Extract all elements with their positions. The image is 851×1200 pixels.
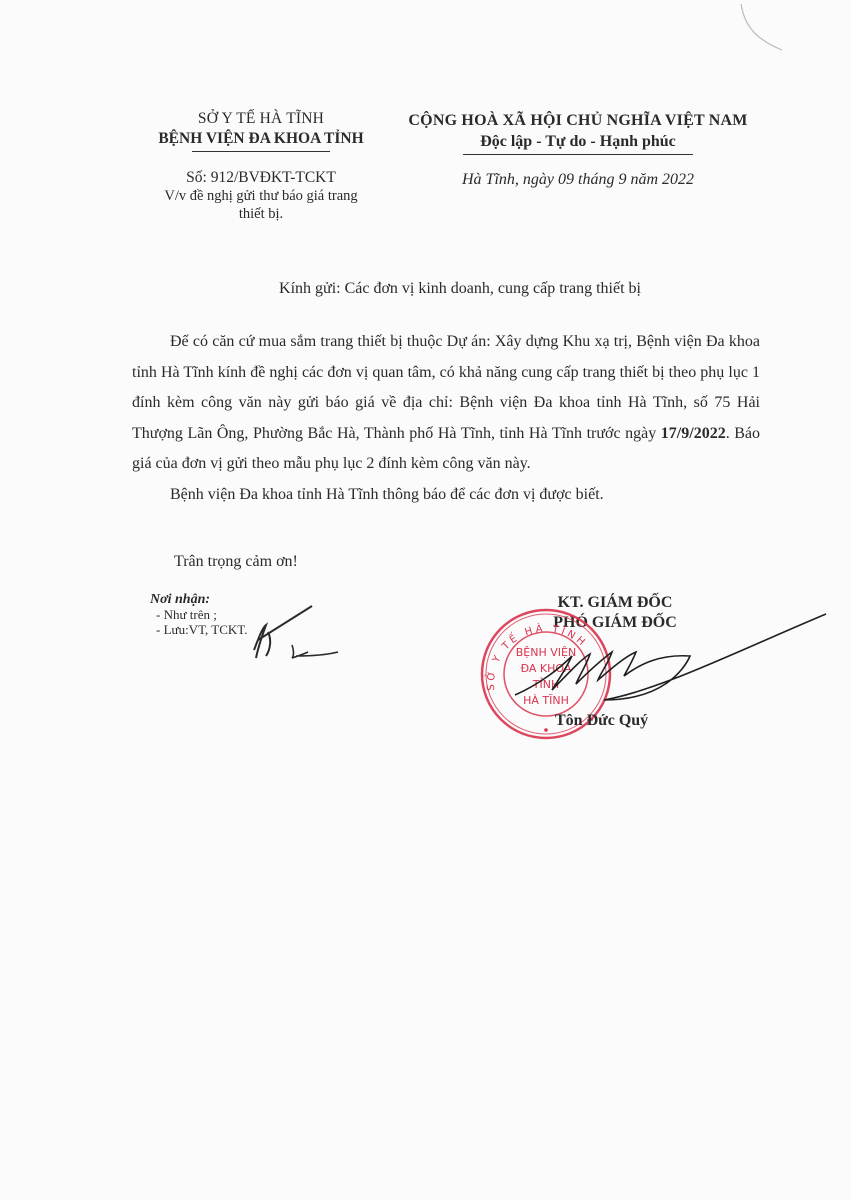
document-page: SỞ Y TẾ HÀ TĨNH BỆNH VIỆN ĐA KHOA TỈNH S… — [0, 0, 851, 1200]
signature-scribble-icon — [0, 0, 851, 1200]
signer-name: Tôn Đức Quý — [555, 712, 648, 730]
